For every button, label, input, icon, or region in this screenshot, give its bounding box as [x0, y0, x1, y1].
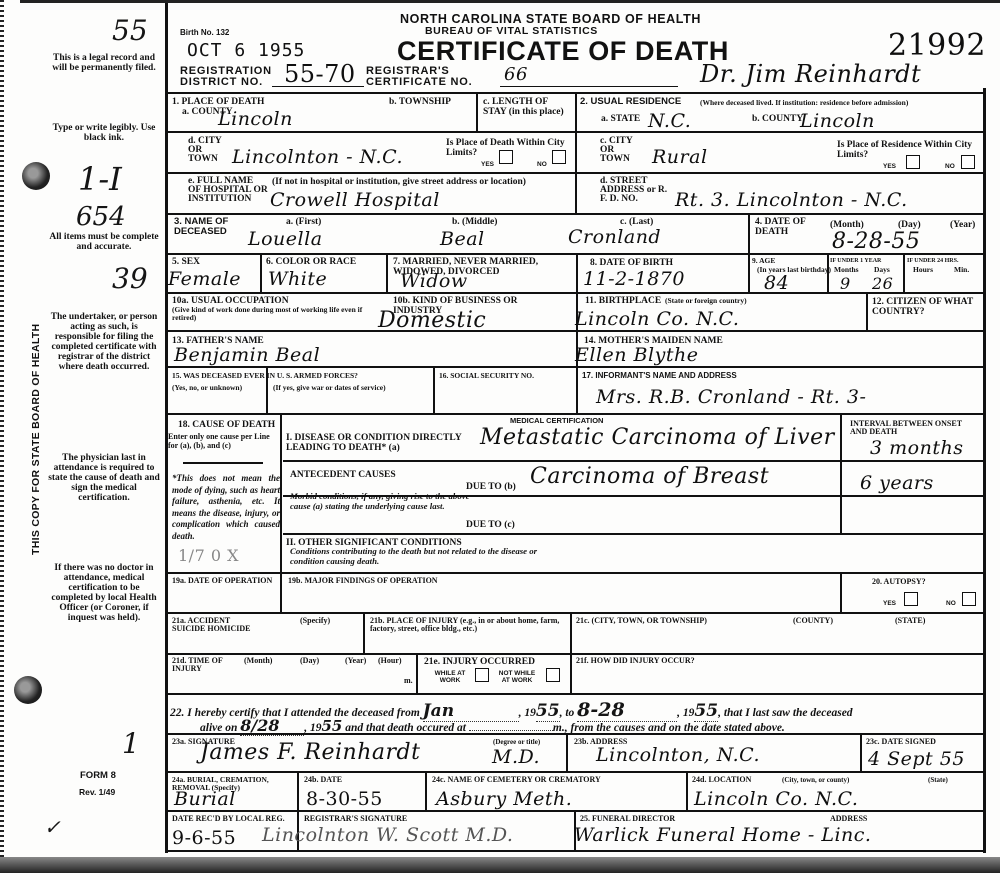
- rule: [283, 460, 983, 462]
- operation-date-label: 19a. DATE OF OPERATION: [172, 577, 272, 585]
- business-value[interactable]: Domestic: [378, 308, 486, 333]
- morbid-conditions-text: Morbid conditions, if any, giving rise t…: [290, 491, 470, 511]
- rule: [425, 771, 427, 810]
- place-of-death-label: 1. PLACE OF DEATH: [172, 97, 264, 107]
- residence-city-value[interactable]: Rural: [652, 146, 708, 168]
- margin-handwritten-mark: 1: [122, 727, 140, 760]
- rule: [280, 413, 282, 612]
- disposition-date-value[interactable]: 8-30-55: [306, 788, 383, 810]
- armed-forces-hint2: (If yes, give war or dates of service): [273, 384, 386, 392]
- rule: [748, 213, 750, 292]
- while-at-work-label: WHILE AT WORK: [430, 670, 470, 684]
- rule: [260, 253, 262, 292]
- injury-state-label: (STATE): [895, 617, 925, 625]
- disposition-date-label: 24b. DATE: [304, 776, 342, 784]
- armed-forces-label: 15. WAS DECEASED EVER IN U. S. ARMED FOR…: [172, 372, 358, 380]
- rule: [433, 366, 435, 413]
- hours-label: Hours: [913, 266, 933, 274]
- rule: [166, 693, 984, 695]
- death-certificate-page: 55 This is a legal record and will be pe…: [0, 0, 1000, 873]
- under-1-year-label: IF UNDER 1 YEAR: [830, 257, 881, 265]
- alive-on-year[interactable]: 55: [322, 717, 343, 735]
- under-24-hours-label: IF UNDER 24 HRS.: [907, 257, 958, 265]
- interval-label: INTERVAL BETWEEN ONSET AND DEATH: [850, 420, 980, 436]
- checkmark-icon: ✓: [44, 815, 61, 839]
- name-label: 3. NAME OF DECEASED: [174, 217, 244, 237]
- months-label: Months: [834, 266, 859, 274]
- funeral-director-value[interactable]: Warlick Funeral Home - Linc.: [574, 824, 871, 846]
- institution-hint: (If not in hospital or institution, give…: [272, 177, 526, 187]
- injury-day-label: (Day): [300, 657, 319, 665]
- registrar-signature-value[interactable]: Lincolnton W. Scott M.D.: [262, 824, 513, 846]
- birth-number-label: Birth No. 132: [180, 28, 229, 37]
- rule: [860, 733, 862, 771]
- yes-label: YES: [481, 161, 494, 168]
- year-label: (Year): [950, 220, 975, 230]
- due-to-c-label: DUE TO (c): [466, 520, 515, 530]
- margin-note-undertaker: The undertaker, or person acting as such…: [48, 312, 160, 372]
- rule: [166, 330, 984, 332]
- residence-county-label: b. COUNTY: [752, 114, 803, 124]
- disposition-method-value[interactable]: Burial: [174, 788, 236, 810]
- date-of-birth-value[interactable]: 11-2-1870: [583, 268, 685, 290]
- rule: [166, 413, 984, 415]
- middle-name-label: b. (Middle): [452, 217, 497, 227]
- specify-label: (Specify): [300, 617, 330, 625]
- injury-year-label: (Year): [345, 657, 366, 665]
- year-prefix: , 19: [304, 722, 321, 734]
- death-city-value[interactable]: Lincolnton - N.C.: [232, 146, 403, 168]
- usual-residence-hint: (Where deceased lived. If institution: r…: [700, 99, 908, 107]
- institution-value[interactable]: Crowell Hospital: [270, 189, 440, 211]
- date-signed-label: 23c. DATE SIGNED: [866, 738, 936, 746]
- street-address-value[interactable]: Rt. 3. Lincolnton - N.C.: [675, 189, 908, 211]
- form-right-border: [983, 88, 986, 853]
- age-days-value[interactable]: 26: [872, 274, 893, 293]
- rule: [866, 292, 868, 330]
- marital-status-value[interactable]: Widow: [400, 270, 468, 292]
- injury-occurred-label: 21e. INJURY OCCURRED: [424, 657, 535, 667]
- certification-text3: and that death occured at: [345, 722, 466, 734]
- registrar-signature-label: REGISTRAR'S SIGNATURE: [304, 815, 407, 823]
- rule: [283, 533, 983, 535]
- agency-name: NORTH CAROLINA STATE BOARD OF HEALTH: [400, 12, 701, 26]
- date-received-label: DATE REC'D BY LOCAL REG.: [172, 815, 292, 823]
- race-value[interactable]: White: [268, 268, 327, 290]
- header-signature: Dr. Jim Reinhardt: [700, 60, 921, 88]
- no-label: NO: [537, 161, 547, 168]
- rule: [183, 462, 263, 464]
- antecedent-label: ANTECEDENT CAUSES: [290, 470, 396, 480]
- birthplace-hint: (State or foreign country): [665, 297, 747, 305]
- minutes-label: Min.: [954, 266, 969, 274]
- registrars-certificate-value: 66: [504, 64, 528, 85]
- cemetery-value[interactable]: Asbury Meth.: [436, 788, 572, 810]
- alive-on-value: 8/28: [240, 716, 279, 735]
- margin-handwritten-39: 39: [112, 262, 148, 295]
- margin-note-type: Type or write legibly. Use black ink.: [48, 123, 160, 143]
- margin-note-physician: The physician last in attendance is requ…: [48, 453, 160, 503]
- days-label: Days: [874, 266, 890, 274]
- township-label: b. TOWNSHIP: [389, 97, 451, 107]
- form-number: FORM 8: [80, 770, 116, 781]
- institution-label: e. FULL NAME OF HOSPITAL OR INSTITUTION: [188, 177, 268, 204]
- birthplace-value[interactable]: Lincoln Co. N.C.: [575, 308, 739, 330]
- yes-label: YES: [883, 163, 896, 170]
- death-county-value[interactable]: Lincoln: [218, 108, 293, 130]
- cause-footnote: *This does not mean the mode of dying, s…: [172, 473, 280, 542]
- other-conditions-text: Conditions contributing to the death but…: [290, 546, 540, 566]
- residence-within-limits-yes-checkbox[interactable]: [906, 155, 920, 169]
- residence-county-value[interactable]: Lincoln: [800, 110, 875, 132]
- alive-on-label: alive on: [200, 722, 237, 734]
- physician-address[interactable]: Lincolnton, N.C.: [596, 744, 760, 766]
- rule: [166, 572, 984, 574]
- informant-label: 17. INFORMANT'S NAME AND ADDRESS: [582, 372, 737, 380]
- rule: [386, 253, 388, 292]
- rule: [476, 92, 478, 132]
- age-months-value[interactable]: 9: [840, 274, 851, 293]
- accident-type-label: 21a. ACCIDENT SUICIDE HOMICIDE: [172, 617, 252, 633]
- location-value[interactable]: Lincoln Co. N.C.: [694, 788, 858, 810]
- margin-note-items: All items must be complete and accurate.: [48, 232, 160, 252]
- punch-hole-icon: [14, 676, 42, 704]
- rule: [686, 771, 688, 810]
- injury-m-label: m.: [404, 677, 413, 685]
- father-name-value[interactable]: Benjamin Beal: [174, 344, 320, 366]
- date-signed-value[interactable]: 4 Sept 55: [868, 748, 965, 770]
- rule: [840, 572, 842, 612]
- rule: [570, 612, 572, 693]
- street-address-label: d. STREET ADDRESS or R. F. D. NO.: [600, 177, 670, 204]
- length-of-stay-label: c. LENGTH OF STAY (in this place): [483, 97, 571, 117]
- operation-findings-label: 19b. MAJOR FINDINGS OF OPERATION: [288, 577, 438, 585]
- perforated-edge: [0, 0, 4, 860]
- time-of-injury-label: 21d. TIME OF INJURY: [172, 657, 232, 673]
- registration-district-label: REGISTRATION DISTRICT NO.: [180, 66, 272, 88]
- disease-a-value[interactable]: Metastatic Carcinoma of Liver: [480, 425, 835, 450]
- margin-note-legal: This is a legal record and will be perma…: [48, 53, 160, 73]
- time-of-death-field[interactable]: [469, 730, 553, 731]
- citizenship-label: 12. CITIZEN OF WHAT COUNTRY?: [872, 297, 982, 317]
- autopsy-label: 20. AUTOPSY?: [872, 578, 926, 586]
- birthplace-label: 11. BIRTHPLACE: [585, 296, 661, 306]
- how-injury-occurred-label: 21f. HOW DID INJURY OCCUR?: [576, 657, 695, 665]
- location-state-hint: (State): [928, 776, 948, 784]
- location-hint: (City, town, or county): [782, 776, 849, 784]
- certification-text4: m., from the causes and on the date stat…: [553, 722, 785, 734]
- alive-on-field[interactable]: 8/28: [240, 716, 304, 736]
- rule: [363, 612, 365, 653]
- rule: [166, 366, 984, 368]
- injury-month-label: (Month): [244, 657, 272, 665]
- registration-district-value: 55-70: [284, 60, 356, 88]
- rule: [166, 292, 984, 294]
- location-label: 24d. LOCATION: [692, 776, 751, 784]
- mother-maiden-name-value[interactable]: Ellen Blythe: [575, 344, 698, 366]
- registrars-certificate-line: [500, 86, 678, 87]
- degree-value[interactable]: M.D.: [492, 746, 540, 768]
- residence-city-label: c. CITY OR TOWN: [600, 137, 640, 164]
- while-at-work-checkbox[interactable]: [475, 668, 489, 682]
- first-name-label: a. (First): [286, 217, 321, 227]
- rule: [166, 850, 984, 852]
- rule: [576, 366, 578, 413]
- interval-a-value[interactable]: 3 months: [870, 437, 963, 459]
- funeral-address-label: ADDRESS: [830, 815, 867, 823]
- rule: [903, 253, 905, 292]
- last-name-value[interactable]: Cronland: [568, 226, 661, 248]
- funeral-director-label: 25. FUNERAL DIRECTOR: [580, 815, 675, 823]
- injury-county-label: (COUNTY): [793, 617, 833, 625]
- registrars-certificate-label: REGISTRAR'S CERTIFICATE NO.: [366, 66, 473, 88]
- rule: [566, 733, 568, 771]
- rule: [575, 92, 577, 213]
- cause-margin-code: 1/7 0 X: [178, 546, 239, 565]
- certification-statement-line2: alive on 8/28, 1955 and that death occur…: [200, 716, 785, 736]
- document-title: CERTIFICATE OF DEATH: [397, 36, 729, 67]
- degree-label: (Degree or title): [493, 738, 540, 746]
- usual-residence-label: 2. USUAL RESIDENCE: [580, 97, 681, 107]
- injury-hour-label: (Hour): [378, 657, 402, 665]
- date-of-death-value[interactable]: 8-28-55: [832, 229, 920, 254]
- rule: [416, 653, 418, 693]
- date-received-value[interactable]: 9-6-55: [172, 827, 236, 849]
- death-within-limits-no-checkbox[interactable]: [552, 150, 566, 164]
- form-revision: Rev. 1/49: [79, 787, 115, 797]
- vertical-copy-label: THIS COPY FOR STATE BOARD OF HEALTH: [30, 324, 42, 555]
- interval-b-value[interactable]: 6 years: [860, 472, 934, 494]
- due-to-b-label: DUE TO (b): [466, 482, 516, 492]
- no-label: NO: [945, 163, 955, 170]
- rule: [166, 653, 984, 655]
- medical-certification-title: MEDICAL CERTIFICATION: [510, 417, 603, 425]
- ssn-label: 16. SOCIAL SECURITY NO.: [439, 372, 534, 380]
- autopsy-yes-checkbox[interactable]: [904, 592, 918, 606]
- place-of-injury-label: 21b. PLACE OF INJURY (e.g., in or about …: [370, 617, 565, 633]
- armed-forces-hint1: (Yes, no, or unknown): [172, 384, 242, 392]
- residence-state-label: a. STATE: [601, 114, 640, 124]
- cemetery-label: 24c. NAME OF CEMETERY OR CREMATORY: [432, 776, 601, 784]
- residence-state-value[interactable]: N.C.: [648, 110, 691, 132]
- no-label: NO: [946, 600, 956, 607]
- rule: [166, 771, 984, 773]
- date-of-death-label: 4. DATE OF DEATH: [755, 217, 810, 237]
- rule: [166, 213, 984, 215]
- physician-signature[interactable]: James F. Reinhardt: [200, 740, 420, 765]
- not-while-at-work-label: NOT WHILE AT WORK: [497, 670, 537, 684]
- margin-handwritten-code: 1-I: [78, 160, 122, 198]
- rule: [840, 413, 842, 533]
- margin-handwritten-55: 55: [112, 14, 148, 47]
- margin-note-no-doctor: If there was no doctor in attendance, me…: [48, 563, 160, 623]
- injury-city-label: 21c. (CITY, TOWN, OR TOWNSHIP): [576, 617, 707, 625]
- rule: [166, 612, 984, 614]
- autopsy-no-checkbox[interactable]: [962, 592, 976, 606]
- informant-value[interactable]: Mrs. R.B. Cronland - Rt. 3-: [596, 386, 866, 408]
- state-file-number: 21992: [888, 28, 986, 63]
- due-to-b-value[interactable]: Carcinoma of Breast: [530, 464, 769, 489]
- sex-label: 5. SEX: [172, 257, 200, 267]
- race-label: 6. COLOR OR RACE: [266, 257, 356, 267]
- age-label: 9. AGE: [752, 257, 775, 265]
- cause-instructions: Enter only one cause per Line for (a), (…: [168, 432, 278, 450]
- city-label: d. CITY OR TOWN: [188, 137, 228, 164]
- margin-handwritten-654: 654: [76, 202, 126, 232]
- punch-hole-icon: [22, 162, 50, 190]
- yes-label: YES: [883, 600, 896, 607]
- cause-of-death-label: 18. CAUSE OF DEATH: [178, 420, 275, 430]
- residence-within-limits-no-checkbox[interactable]: [961, 155, 975, 169]
- age-years-value[interactable]: 84: [764, 272, 789, 294]
- death-within-limits-yes-checkbox[interactable]: [499, 150, 513, 164]
- not-while-at-work-checkbox[interactable]: [546, 668, 560, 682]
- disease-a-label: I. DISEASE OR CONDITION DIRECTLY LEADING…: [286, 433, 486, 453]
- received-date-stamp: OCT 6 1955: [187, 40, 305, 61]
- middle-name-value[interactable]: Beal: [440, 228, 485, 250]
- occupation-hint: (Give kind of work done during most of w…: [172, 306, 377, 322]
- bottom-edge-shadow: [0, 857, 1000, 873]
- first-name-value[interactable]: Louella: [248, 228, 323, 250]
- date-of-birth-label: 8. DATE OF BIRTH: [590, 258, 673, 268]
- sex-value[interactable]: Female: [168, 268, 241, 290]
